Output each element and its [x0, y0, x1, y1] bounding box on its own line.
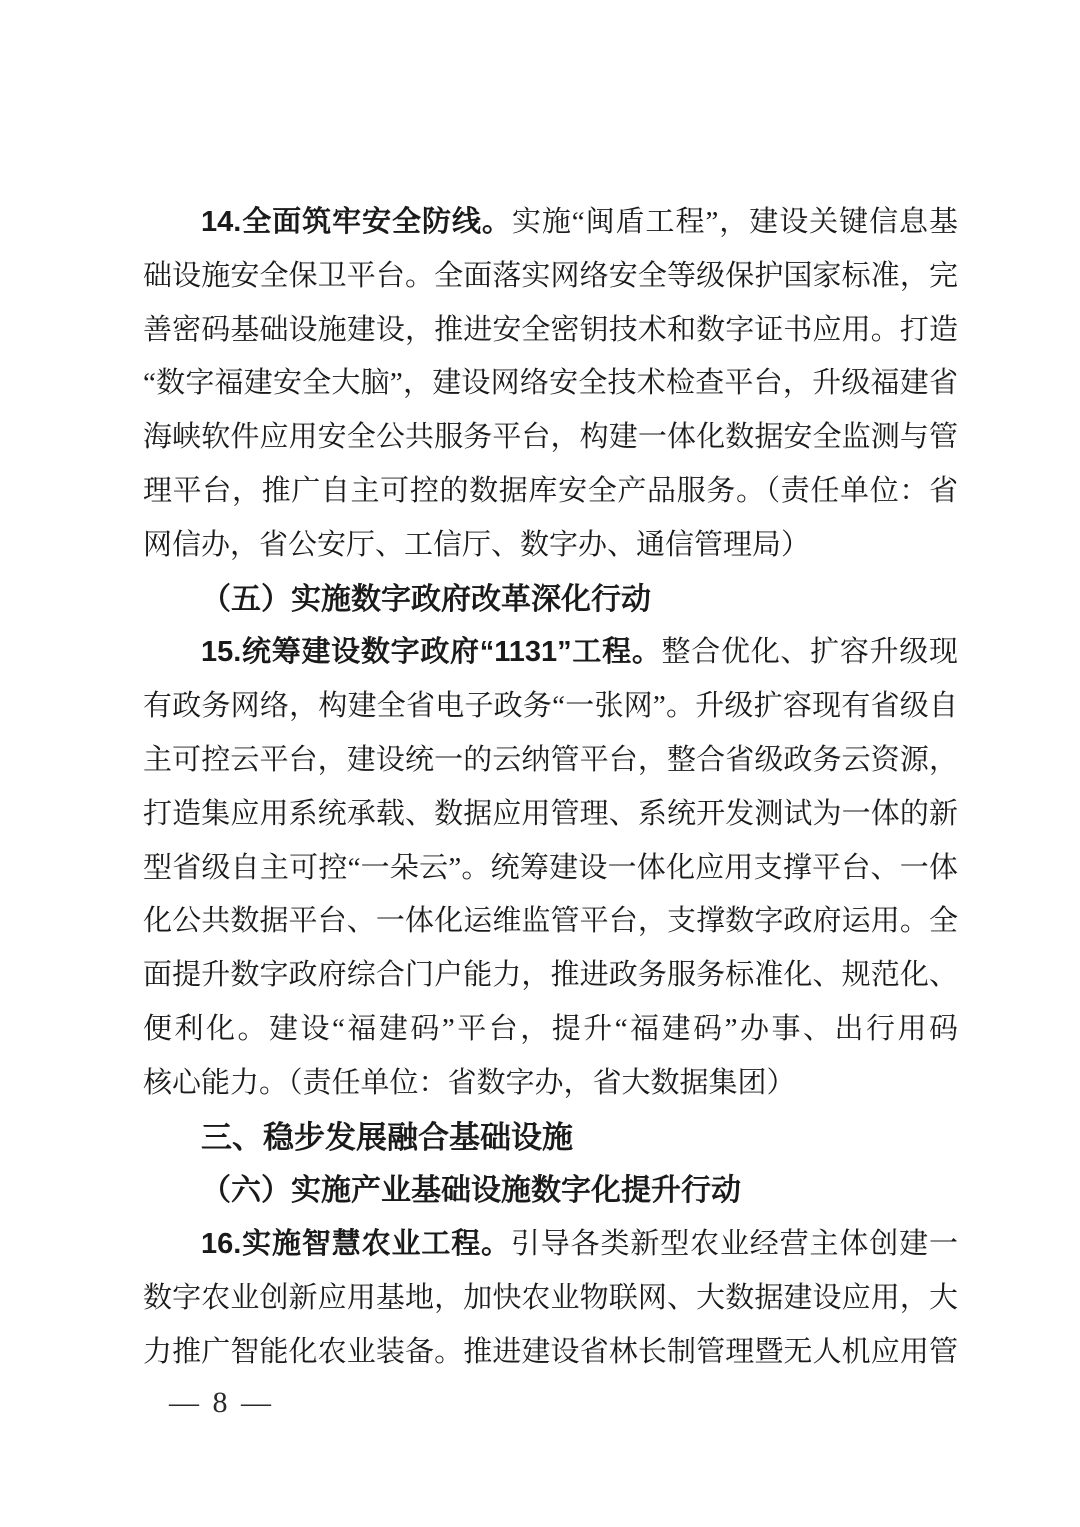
- emphasis-run: 16.实施智慧农业工程。: [201, 1228, 511, 1260]
- document-body: 14.全面筑牢安全防线。实施“闽盾工程”，建设关键信息基础设施安全保卫平台。全面…: [143, 196, 958, 1380]
- text-run: 打造集应用系统承载、数据应用管理、系统开发测试为一体的新: [143, 798, 958, 830]
- para-14-line-2: 础设施安全保卫平台。全面落实网络安全等级保护国家标准，完: [143, 250, 958, 304]
- section-3-heading: 三、稳步发展融合基础设施: [143, 1111, 958, 1165]
- text-run: 型省级自主可控“一朵云”。统筹建设一体化应用支撑平台、一体: [143, 852, 958, 884]
- para-15-line-5: 型省级自主可控“一朵云”。统筹建设一体化应用支撑平台、一体: [143, 842, 958, 896]
- emphasis-run: 15.统筹建设数字政府“1131”工程。: [201, 636, 662, 668]
- text-run: “数字福建安全大脑”，建设网络安全技术检查平台，升级福建省: [143, 367, 958, 399]
- para-15-line-4: 打造集应用系统承载、数据应用管理、系统开发测试为一体的新: [143, 788, 958, 842]
- para-15-line-3: 主可控云平台，建设统一的云纳管平台，整合省级政务云资源，: [143, 734, 958, 788]
- text-run: 主可控云平台，建设统一的云纳管平台，整合省级政务云资源，: [143, 744, 958, 776]
- para-15-line-6: 化公共数据平台、一体化运维监管平台，支撑数字政府运用。全: [143, 895, 958, 949]
- text-run: 善密码基础设施建设，推进安全密钥技术和数字证书应用。打造: [143, 314, 958, 346]
- text-run: 力推广智能化农业装备。推进建设省林长制管理暨无人机应用管: [143, 1336, 958, 1368]
- page-footer: — 8 —: [169, 1376, 274, 1430]
- text-run: 面提升数字政府综合门户能力，推进政务服务标准化、规范化、: [143, 959, 958, 991]
- para-16-line-3: 力推广智能化农业装备。推进建设省林长制管理暨无人机应用管: [143, 1326, 958, 1380]
- page-number: — 8 —: [169, 1386, 274, 1419]
- para-15-line-1: 15.统筹建设数字政府“1131”工程。整合优化、扩容升级现: [143, 626, 958, 680]
- text-run: 便利化。建设“福建码”平台，提升“福建码”办事、出行用码: [143, 1013, 958, 1045]
- heading-action-6: （六）实施产业基础设施数字化提升行动: [143, 1164, 958, 1218]
- para-14-line-7: 网信办，省公安厅、工信厅、数字办、通信管理局）: [143, 519, 958, 573]
- para-15-line-7: 面提升数字政府综合门户能力，推进政务服务标准化、规范化、: [143, 949, 958, 1003]
- text-run: 化公共数据平台、一体化运维监管平台，支撑数字政府运用。全: [143, 905, 958, 937]
- para-15-line-9: 核心能力。（责任单位：省数字办，省大数据集团）: [143, 1057, 958, 1111]
- text-run: 有政务网络，构建全省电子政务“一张网”。升级扩容现有省级自: [143, 690, 958, 722]
- para-15-line-8: 便利化。建设“福建码”平台，提升“福建码”办事、出行用码: [143, 1003, 958, 1057]
- text-run: 海峡软件应用安全公共服务平台，构建一体化数据安全监测与管: [143, 421, 958, 453]
- para-14-line-4: “数字福建安全大脑”，建设网络安全技术检查平台，升级福建省: [143, 357, 958, 411]
- para-14-line-6: 理平台，推广自主可控的数据库安全产品服务。（责任单位：省委: [143, 465, 958, 519]
- text-run: 整合优化、扩容升级现: [662, 636, 958, 668]
- text-run: 实施“闽盾工程”，建设关键信息基: [512, 206, 958, 238]
- text-run: 三、稳步发展融合基础设施: [201, 1120, 573, 1155]
- text-run: 数字农业创新应用基地，加快农业物联网、大数据建设应用，大: [143, 1282, 958, 1314]
- para-16-line-1: 16.实施智慧农业工程。引导各类新型农业经营主体创建一批: [143, 1218, 958, 1272]
- para-14-line-3: 善密码基础设施建设，推进安全密钥技术和数字证书应用。打造: [143, 304, 958, 358]
- document-page: 14.全面筑牢安全防线。实施“闽盾工程”，建设关键信息基础设施安全保卫平台。全面…: [0, 0, 1080, 1527]
- para-14-line-5: 海峡软件应用安全公共服务平台，构建一体化数据安全监测与管: [143, 411, 958, 465]
- text-run: 网信办，省公安厅、工信厅、数字办、通信管理局）: [143, 529, 810, 561]
- para-15-line-2: 有政务网络，构建全省电子政务“一张网”。升级扩容现有省级自: [143, 680, 958, 734]
- para-14-line-1: 14.全面筑牢安全防线。实施“闽盾工程”，建设关键信息基: [143, 196, 958, 250]
- para-16-line-2: 数字农业创新应用基地，加快农业物联网、大数据建设应用，大: [143, 1272, 958, 1326]
- emphasis-run: 14.全面筑牢安全防线。: [201, 206, 512, 238]
- text-run: （六）实施产业基础设施数字化提升行动: [201, 1174, 741, 1207]
- text-run: （五）实施数字政府改革深化行动: [201, 583, 651, 616]
- heading-action-5: （五）实施数字政府改革深化行动: [143, 573, 958, 627]
- text-run: 核心能力。（责任单位：省数字办，省大数据集团）: [143, 1067, 796, 1099]
- text-run: 础设施安全保卫平台。全面落实网络安全等级保护国家标准，完: [143, 260, 958, 292]
- text-run: 理平台，推广自主可控的数据库安全产品服务。（责任单位：省委: [143, 475, 958, 519]
